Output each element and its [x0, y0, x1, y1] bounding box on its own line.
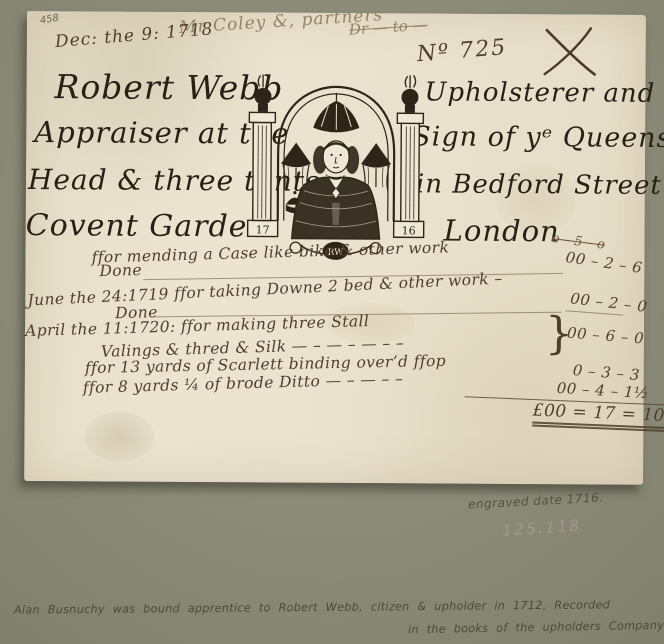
billhead-paper: 458 Mr Coley &, partners Dr — to — Dec: …	[24, 11, 646, 485]
bill-line-2: June the 24:1719 ffor taking Downe 2 bed…	[27, 269, 503, 309]
done-note-1: Done	[99, 261, 142, 280]
struck-annotation: Dr — to —	[348, 16, 428, 39]
engraved-line-london: London	[444, 214, 560, 249]
curator-caption-line-1: Alan Busnuchy was bound apprentice to Ro…	[14, 598, 610, 616]
engraved-date-note: engraved date 1716.	[468, 490, 604, 511]
accession-number: 125.118	[501, 516, 582, 540]
corner-number: 458	[39, 13, 60, 27]
engraved-line-street: in Bedford Street	[416, 169, 662, 201]
engraved-year-right: 16	[402, 224, 416, 237]
bill-number-annotation: Nº 725	[416, 35, 508, 67]
flame-right	[405, 75, 415, 88]
flame-left	[258, 74, 268, 87]
right-column	[394, 75, 425, 237]
curator-caption-line-2: in the books of the upholders Company	[408, 619, 664, 636]
bill-line-3-amount: 00 – 6 – 0	[566, 324, 644, 348]
tent-top-icon	[313, 93, 359, 133]
scanned-document-photo: 458 Mr Coley &, partners Dr — to — Dec: …	[0, 0, 664, 644]
left-column	[248, 74, 279, 236]
paper-stain	[84, 411, 154, 461]
engraved-line-sign-right: Sign of yᵉ Queens	[412, 121, 664, 154]
bill-line-1-amount: 00 – 2 – 6	[565, 248, 644, 277]
engraved-line-covent-garden: Covent Garden	[26, 208, 268, 244]
cross-mark-icon	[541, 26, 599, 78]
engraved-year-left: 17	[256, 223, 270, 236]
queens-head-vignette: 17 16 RW	[243, 52, 428, 265]
bill-date-annotation: Dec: the 9: 1718	[54, 19, 214, 52]
engraved-line-trade: Upholsterer and	[424, 77, 655, 108]
bill-total: £00 = 17 = 10½	[532, 401, 664, 433]
